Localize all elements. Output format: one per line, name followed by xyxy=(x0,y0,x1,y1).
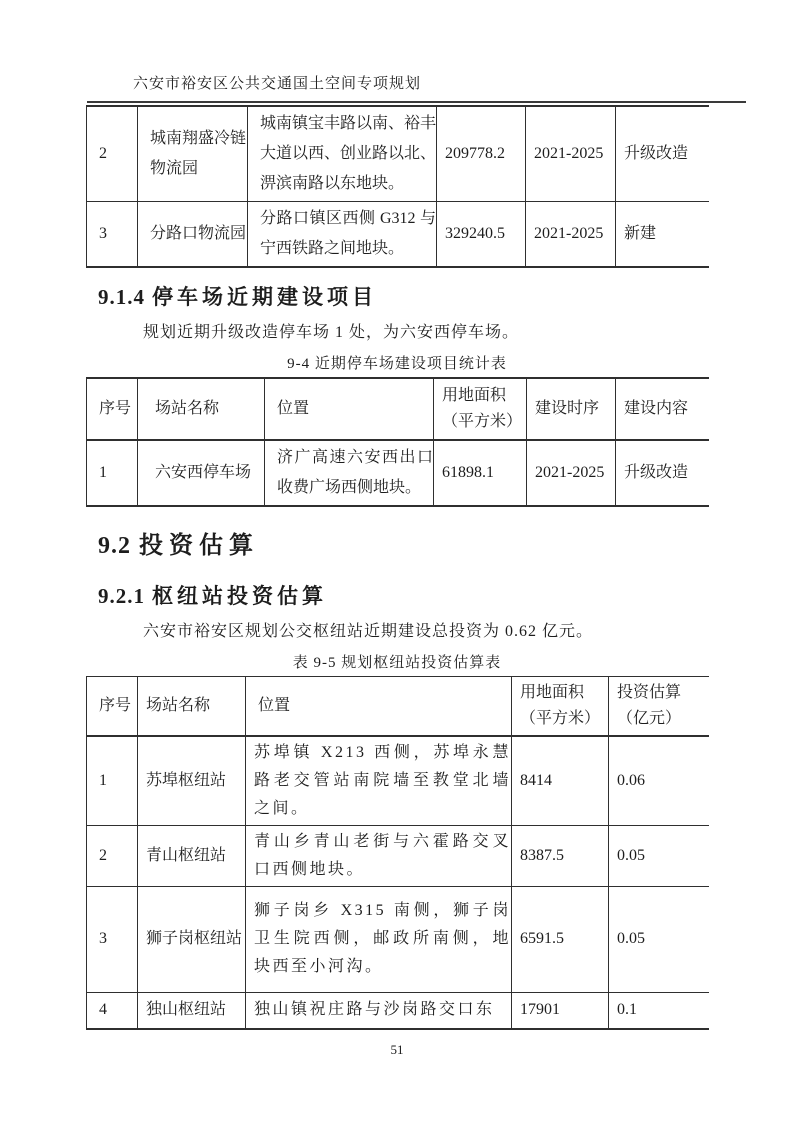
section-number: 9.2 xyxy=(98,533,131,559)
table-cell: 8414 xyxy=(512,736,609,826)
table-cell: 狮子岗枢纽站 xyxy=(138,886,246,992)
table-cell: 2021-2025 xyxy=(526,106,616,202)
table-cell: 2 xyxy=(87,106,138,202)
table-row: 3狮子岗枢纽站狮子岗乡 X315 南侧，狮子岗卫生院西侧，邮政所南侧，地块西至小… xyxy=(87,886,709,992)
page-number: 51 xyxy=(86,1042,708,1058)
table-cell: 8387.5 xyxy=(512,825,609,886)
page-header: 六安市裕安区公共交通国土空间专项规划 xyxy=(87,0,746,103)
table-cell: 0.05 xyxy=(609,825,709,886)
section-number: 9.2.1 xyxy=(98,584,145,608)
table-cell: 329240.5 xyxy=(437,202,526,268)
header-row: 序号场站名称位置用地面积（平方米）投资估算（亿元） xyxy=(87,677,709,736)
column-header: 序号 xyxy=(87,677,138,736)
hub-table-body: 1苏埠枢纽站苏埠镇 X213 西侧，苏埠永慧路老交管站南院墙至教堂北墙之间。84… xyxy=(87,736,709,1030)
column-header: 位置 xyxy=(265,378,434,440)
table-cell: 济广高速六安西出口收费广场西侧地块。 xyxy=(265,440,434,506)
column-header: 用地面积（平方米） xyxy=(434,378,527,440)
logistics-table-body: 2城南翔盛冷链物流园城南镇宝丰路以南、裕丰大道以西、创业路以北、淠滨南路以东地块… xyxy=(87,106,709,267)
table-cell: 0.05 xyxy=(609,886,709,992)
document-page: 六安市裕安区公共交通国土空间专项规划 2城南翔盛冷链物流园城南镇宝丰路以南、裕丰… xyxy=(0,0,793,1122)
table-cell: 3 xyxy=(87,202,138,268)
parking-table-body: 1六安西停车场济广高速六安西出口收费广场西侧地块。61898.12021-202… xyxy=(87,440,709,506)
table-cell: 209778.2 xyxy=(437,106,526,202)
table-cell: 分路口镇区西侧 G312 与宁西铁路之间地块。 xyxy=(248,202,437,268)
table-cell: 0.06 xyxy=(609,736,709,826)
parking-projects-table: 序号场站名称位置用地面积（平方米）建设时序建设内容 1六安西停车场济广高速六安西… xyxy=(86,377,709,507)
table-cell: 城南镇宝丰路以南、裕丰大道以西、创业路以北、淠滨南路以东地块。 xyxy=(248,106,437,202)
table-cell: 2 xyxy=(87,825,138,886)
table-cell: 0.1 xyxy=(609,992,709,1029)
table-row: 2城南翔盛冷链物流园城南镇宝丰路以南、裕丰大道以西、创业路以北、淠滨南路以东地块… xyxy=(87,106,709,202)
section-title: 停车场近期建设项目 xyxy=(152,286,377,309)
table-cell: 青山枢纽站 xyxy=(138,825,246,886)
table-row: 4独山枢纽站独山镇祝庄路与沙岗路交口东179010.1 xyxy=(87,992,709,1029)
table-caption-9-5: 表 9-5 规划枢纽站投资估算表 xyxy=(86,652,708,674)
table-cell: 1 xyxy=(87,736,138,826)
table-cell: 4 xyxy=(87,992,138,1029)
table-row: 1苏埠枢纽站苏埠镇 X213 西侧，苏埠永慧路老交管站南院墙至教堂北墙之间。84… xyxy=(87,736,709,826)
section-title: 枢纽站投资估算 xyxy=(152,585,327,608)
table-cell: 2021-2025 xyxy=(527,440,616,506)
section-number: 9.1.4 xyxy=(98,285,145,309)
table-cell: 6591.5 xyxy=(512,886,609,992)
column-header: 用地面积（平方米） xyxy=(512,677,609,736)
table-cell: 独山镇祝庄路与沙岗路交口东 xyxy=(246,992,512,1029)
table-cell: 升级改造 xyxy=(616,106,709,202)
page-content: 2城南翔盛冷链物流园城南镇宝丰路以南、裕丰大道以西、创业路以北、淠滨南路以东地块… xyxy=(86,105,708,1058)
table-cell: 青山乡青山老街与六霍路交叉口西侧地块。 xyxy=(246,825,512,886)
column-header: 投资估算（亿元） xyxy=(609,677,709,736)
hub-intro-paragraph: 六安市裕安区规划公交枢纽站近期建设总投资为 0.62 亿元。 xyxy=(86,620,708,644)
table-cell: 狮子岗乡 X315 南侧，狮子岗卫生院西侧，邮政所南侧，地块西至小河沟。 xyxy=(246,886,512,992)
section-title: 投资估算 xyxy=(139,532,259,559)
table-cell: 新建 xyxy=(616,202,709,268)
table-cell: 苏埠枢纽站 xyxy=(138,736,246,826)
table-cell: 17901 xyxy=(512,992,609,1029)
section-heading-9-2-1: 9.2.1枢纽站投资估算 xyxy=(98,581,708,612)
logistics-projects-table-continued: 2城南翔盛冷链物流园城南镇宝丰路以南、裕丰大道以西、创业路以北、淠滨南路以东地块… xyxy=(86,105,709,268)
column-header: 场站名称 xyxy=(138,677,246,736)
column-header: 场站名称 xyxy=(138,378,265,440)
column-header: 建设时序 xyxy=(527,378,616,440)
table-row: 2青山枢纽站青山乡青山老街与六霍路交叉口西侧地块。8387.50.05 xyxy=(87,825,709,886)
column-header: 位置 xyxy=(246,677,512,736)
parking-table-head: 序号场站名称位置用地面积（平方米）建设时序建设内容 xyxy=(87,378,709,440)
table-cell: 升级改造 xyxy=(616,440,709,506)
table-cell: 城南翔盛冷链物流园 xyxy=(138,106,248,202)
header-row: 序号场站名称位置用地面积（平方米）建设时序建设内容 xyxy=(87,378,709,440)
table-caption-9-4: 9-4 近期停车场建设项目统计表 xyxy=(86,353,708,375)
table-row: 3分路口物流园分路口镇区西侧 G312 与宁西铁路之间地块。329240.520… xyxy=(87,202,709,268)
hub-investment-table: 序号场站名称位置用地面积（平方米）投资估算（亿元） 1苏埠枢纽站苏埠镇 X213… xyxy=(86,676,709,1030)
table-cell: 2021-2025 xyxy=(526,202,616,268)
table-cell: 3 xyxy=(87,886,138,992)
table-cell: 独山枢纽站 xyxy=(138,992,246,1029)
table-cell: 苏埠镇 X213 西侧，苏埠永慧路老交管站南院墙至教堂北墙之间。 xyxy=(246,736,512,826)
section-heading-9-2: 9.2投资估算 xyxy=(98,529,708,563)
page-header-title: 六安市裕安区公共交通国土空间专项规划 xyxy=(133,74,746,94)
section-heading-9-1-4: 9.1.4停车场近期建设项目 xyxy=(98,282,708,313)
table-cell: 1 xyxy=(87,440,138,506)
table-row: 1六安西停车场济广高速六安西出口收费广场西侧地块。61898.12021-202… xyxy=(87,440,709,506)
table-cell: 分路口物流园 xyxy=(138,202,248,268)
column-header: 序号 xyxy=(87,378,138,440)
table-cell: 61898.1 xyxy=(434,440,527,506)
table-cell: 六安西停车场 xyxy=(138,440,265,506)
column-header: 建设内容 xyxy=(616,378,709,440)
hub-table-head: 序号场站名称位置用地面积（平方米）投资估算（亿元） xyxy=(87,677,709,736)
parking-intro-paragraph: 规划近期升级改造停车场 1 处，为六安西停车场。 xyxy=(86,321,708,345)
